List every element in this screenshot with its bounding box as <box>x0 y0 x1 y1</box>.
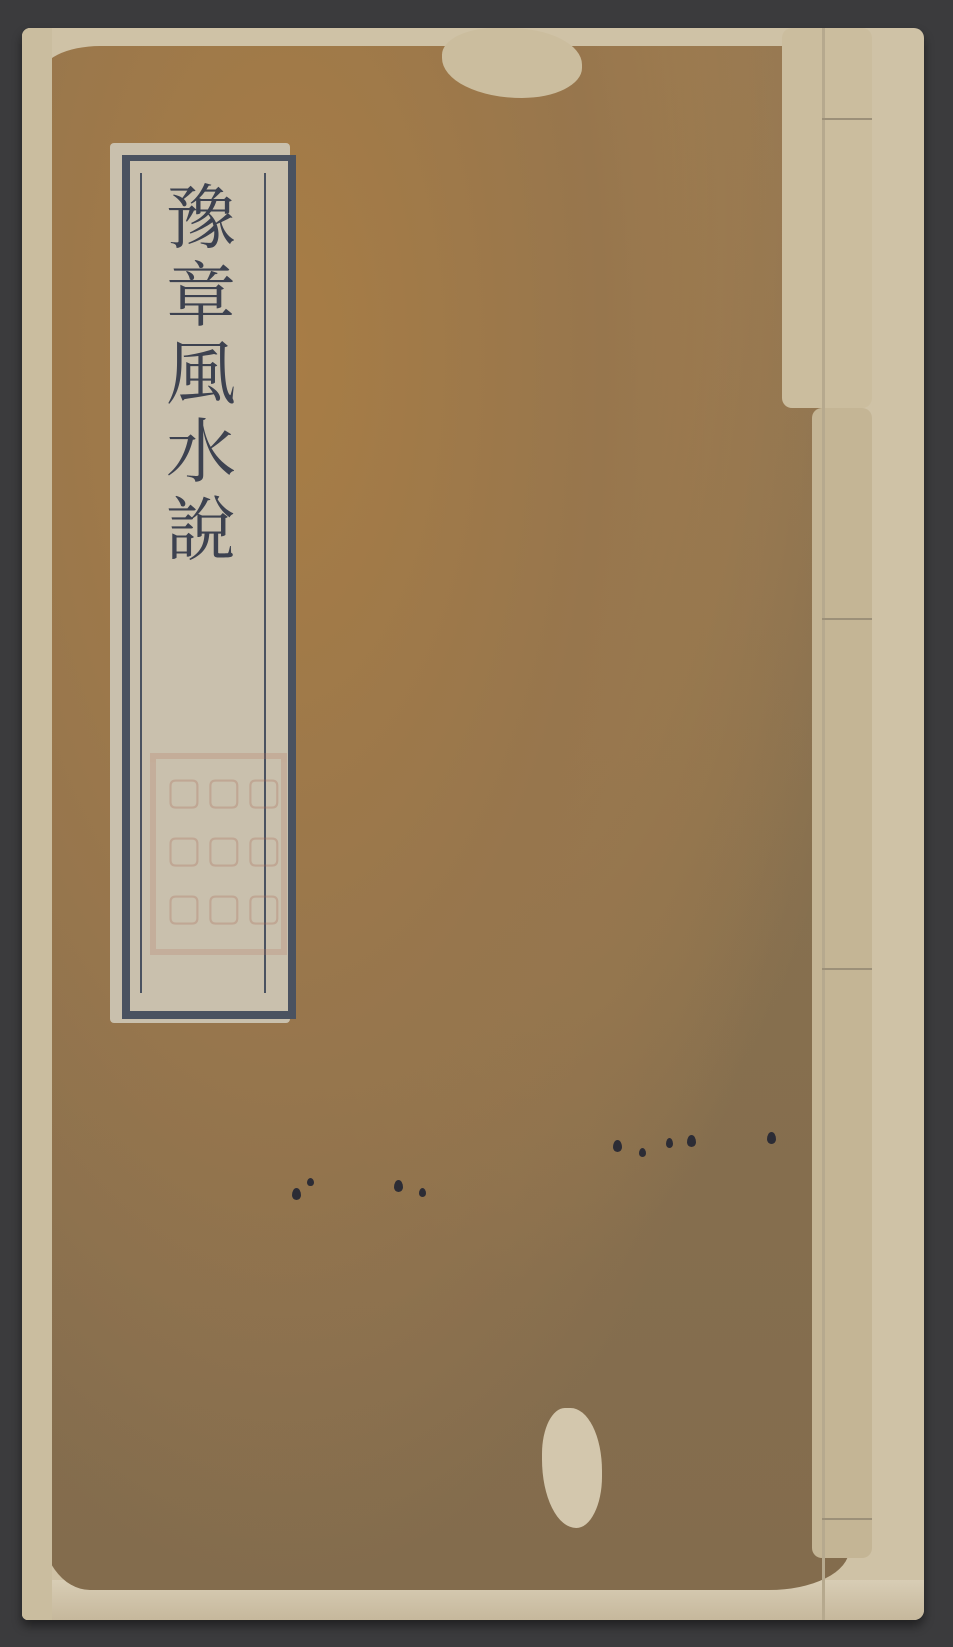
binding-thread <box>822 118 872 120</box>
binding-line <box>822 28 825 1620</box>
title-char: 章 <box>166 261 236 331</box>
ink-spot <box>394 1180 403 1192</box>
ink-spot <box>307 1178 314 1186</box>
binding-thread <box>822 1518 872 1520</box>
title-char: 豫 <box>166 183 236 253</box>
ink-spot <box>292 1188 301 1200</box>
ink-spot <box>419 1188 426 1197</box>
title-char: 水 <box>166 417 236 487</box>
book-title: 豫 章 風 水 說 <box>156 183 246 565</box>
ink-spot <box>666 1138 673 1148</box>
torn-patch <box>812 408 872 1558</box>
red-seal-stamp: ▢▢▢ ▢▢▢ ▢▢▢ <box>150 753 287 955</box>
torn-patch <box>782 28 872 408</box>
book-cover-photo: 豫 章 風 水 說 ▢▢▢ ▢▢▢ ▢▢▢ <box>22 28 924 1620</box>
binding-thread <box>822 618 872 620</box>
ink-spot <box>613 1140 622 1152</box>
left-edge <box>22 28 52 1620</box>
seal-marks: ▢▢▢ ▢▢▢ ▢▢▢ <box>166 769 271 939</box>
ink-spot <box>687 1135 696 1147</box>
title-char: 說 <box>166 495 236 565</box>
binding-thread <box>822 968 872 970</box>
ink-spot <box>639 1148 646 1157</box>
ink-spot <box>767 1132 776 1144</box>
title-char: 風 <box>166 339 236 409</box>
title-label: 豫 章 風 水 說 ▢▢▢ ▢▢▢ ▢▢▢ <box>100 143 315 1033</box>
